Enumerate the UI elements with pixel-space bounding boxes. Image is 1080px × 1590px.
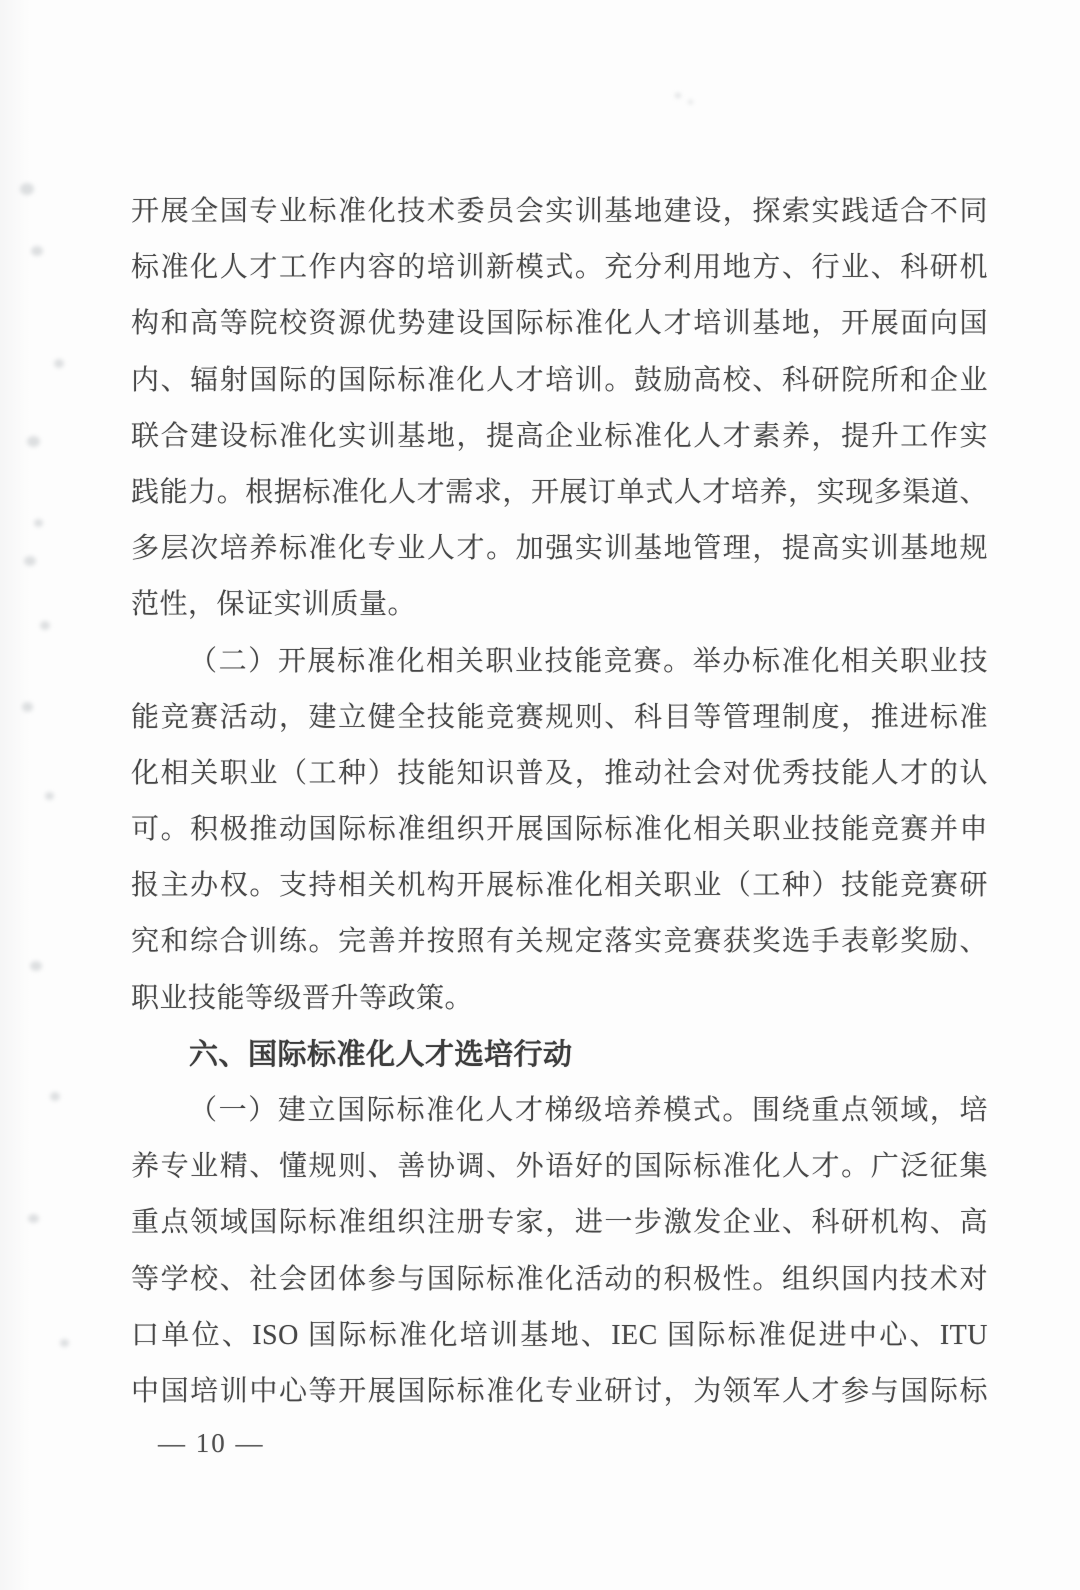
text-line: 等学校、社会团体参与国际标准化活动的积极性。组织国内技术对 (131, 1252, 988, 1308)
scan-smudge (20, 183, 34, 195)
scan-smudge (22, 702, 33, 712)
scan-smudge (30, 961, 42, 971)
scan-edge-shading (0, 0, 30, 1590)
text-line: 究和综合训练。完善并按照有关规定落实竞赛获奖选手表彰奖励、 (131, 914, 988, 970)
text-line: 化相关职业（工种）技能知识普及，推动社会对优秀技能人才的认 (131, 746, 988, 802)
scan-smudge (688, 100, 693, 104)
page-number: — 10 — (158, 1428, 265, 1459)
text-line: 中国培训中心等开展国际标准化专业研讨，为领军人才参与国际标 (131, 1364, 988, 1420)
scan-smudge (24, 556, 36, 566)
text-line: 可。积极推动国际标准组织开展国际标准化相关职业技能竞赛并申 (131, 802, 988, 858)
scan-smudge (45, 792, 54, 800)
text-line: 内、辐射国际的国际标准化人才培训。鼓励高校、科研院所和企业 (131, 353, 988, 409)
text-line: 范性，保证实训质量。 (131, 577, 988, 633)
text-line: 开展全国专业标准化技术委员会实训基地建设，探索实践适合不同 (131, 184, 988, 240)
scan-smudge (31, 246, 43, 256)
document-page: 开展全国专业标准化技术委员会实训基地建设，探索实践适合不同标准化人才工作内容的培… (0, 0, 1080, 1590)
scan-smudge (40, 621, 50, 630)
scan-smudge (27, 436, 40, 447)
scan-smudge (60, 1339, 69, 1347)
text-line: 标准化人才工作内容的培训新模式。充分利用地方、行业、科研机 (131, 240, 988, 296)
text-line: 联合建设标准化实训基地，提高企业标准化人才素养，提升工作实 (131, 409, 988, 465)
section-heading: 六、国际标准化人才选培行动 (131, 1027, 988, 1083)
text-line: （二）开展标准化相关职业技能竞赛。举办标准化相关职业技 (131, 634, 988, 690)
text-line: 构和高等院校资源优势建设国际标准化人才培训基地，开展面向国 (131, 296, 988, 352)
text-line: 口单位、ISO 国际标准化培训基地、IEC 国际标准促进中心、ITU (131, 1308, 988, 1364)
scan-smudge (675, 93, 681, 98)
text-line: 重点领域国际标准组织注册专家，进一步激发企业、科研机构、高 (131, 1195, 988, 1251)
scan-smudge (28, 1214, 39, 1223)
scan-smudge (34, 519, 43, 527)
scan-smudge (54, 359, 64, 368)
text-line: 能竞赛活动，建立健全技能竞赛规则、科目等管理制度，推进标准 (131, 690, 988, 746)
document-body: 开展全国专业标准化技术委员会实训基地建设，探索实践适合不同标准化人才工作内容的培… (131, 184, 988, 1420)
text-line: 报主办权。支持相关机构开展标准化相关职业（工种）技能竞赛研 (131, 858, 988, 914)
scan-smudge (50, 1092, 60, 1101)
text-line: 养专业精、懂规则、善协调、外语好的国际标准化人才。广泛征集 (131, 1139, 988, 1195)
text-line: 践能力。根据标准化人才需求，开展订单式人才培养，实现多渠道、 (131, 465, 988, 521)
text-line: 多层次培养标准化专业人才。加强实训基地管理，提高实训基地规 (131, 521, 988, 577)
text-line: （一）建立国际标准化人才梯级培养模式。围绕重点领域，培 (131, 1083, 988, 1139)
text-line: 职业技能等级晋升等政策。 (131, 971, 988, 1027)
